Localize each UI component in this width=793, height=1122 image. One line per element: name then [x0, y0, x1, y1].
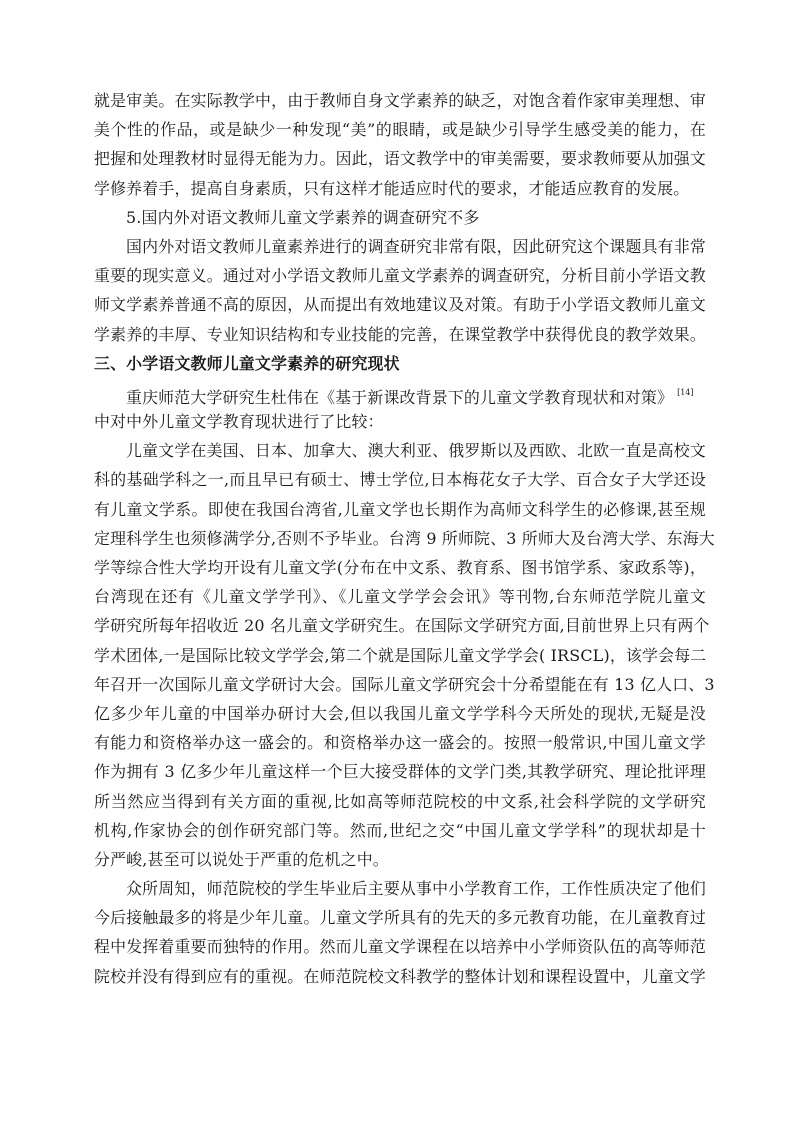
text-line: 师文学素养普通不高的原因，从而提出有效地建议及对策。有助于小学语文教师儿童文	[94, 290, 706, 319]
text-line: 作为拥有 3 亿多少年儿童这样一个巨大接受群体的文学门类,其教学研究、理论批评理	[94, 757, 706, 786]
text-line: 学研究所每年招收近 20 名儿童文学研究生。在国际文学研究方面,目前世界上只有两…	[94, 611, 706, 640]
text-line: 定理科学生也须修满学分,否则不予毕业。台湾 9 所师院、3 所师大及台湾大学、东…	[94, 524, 706, 553]
text-line: 分严峻,甚至可以说处于严重的危机之中。	[94, 845, 706, 874]
text-span: 重庆师范大学研究生杜伟在《基于新课改背景下的儿童文学教育现状和对策》	[126, 388, 673, 407]
text-line: 今后接触最多的将是少年儿童。儿童文学所具有的先天的多元教育功能，在儿童教育过	[94, 903, 706, 932]
subheading-5: 5.国内外对语文教师儿童文学素养的调查研究不多	[94, 203, 706, 232]
text-line: 学素养的丰厚、专业知识结构和专业技能的完善，在课堂教学中获得优良的教学效果。	[94, 320, 706, 349]
text-line: 重要的现实意义。通过对小学语文教师儿童文学素养的调查研究，分析目前小学语文教	[94, 261, 706, 290]
text-line: 学修养着手，提高自身素质，只有这样才能适应时代的要求，才能适应教育的发展。	[94, 174, 706, 203]
text-line: 程中发挥着重要而独特的作用。然而儿童文学课程在以培养中小学师资队伍的高等师范	[94, 932, 706, 961]
paragraph-international-comparison: 儿童文学在美国、日本、加拿大、澳大利亚、俄罗斯以及西欧、北欧一直是高校文 科的基…	[94, 436, 706, 874]
paragraph-research-scarcity: 国内外对语文教师儿童素养进行的调查研究非常有限，因此研究这个课题具有非常 重要的…	[94, 232, 706, 349]
text-line: 就是审美。在实际教学中，由于教师自身文学素养的缺乏，对饱含着作家审美理想、审	[94, 86, 706, 115]
text-line: 重庆师范大学研究生杜伟在《基于新课改背景下的儿童文学教育现状和对策》[14]	[94, 378, 706, 407]
text-line: 国内外对语文教师儿童素养进行的调查研究非常有限，因此研究这个课题具有非常	[94, 232, 706, 261]
paragraph-du-wei-citation: 重庆师范大学研究生杜伟在《基于新课改背景下的儿童文学教育现状和对策》[14] 中…	[94, 378, 706, 436]
text-line: 美个性的作品，或是缺少一种发现“美”的眼睛，或是缺少引导学生感受美的能力，在	[94, 115, 706, 144]
text-line: 院校并没有得到应有的重视。在师范院校文科教学的整体计划和课程设置中，儿童文学	[94, 962, 706, 991]
paragraph-aesthetic-need: 就是审美。在实际教学中，由于教师自身文学素养的缺乏，对饱含着作家审美理想、审 美…	[94, 86, 706, 203]
paragraph-normal-universities: 众所周知，师范院校的学生毕业后主要从事中小学教育工作，工作性质决定了他们 今后接…	[94, 874, 706, 991]
text-line: 众所周知，师范院校的学生毕业后主要从事中小学教育工作，工作性质决定了他们	[94, 874, 706, 903]
text-line: 有儿童文学系。即使在我国台湾省,儿童文学也长期作为高师文科学生的必修课,甚至规	[94, 495, 706, 524]
text-line: 中对中外儿童文学教育现状进行了比较：	[94, 407, 706, 436]
document-page: 就是审美。在实际教学中，由于教师自身文学素养的缺乏，对饱含着作家审美理想、审 美…	[94, 86, 706, 991]
citation-superscript: [14]	[677, 388, 693, 397]
text-line: 亿多少年儿童的中国举办研讨大会,但以我国儿童文学学科今天所处的现状,无疑是没	[94, 699, 706, 728]
section-heading-3: 三、小学语文教师儿童文学素养的研究现状	[94, 349, 706, 378]
text-line: 年召开一次国际儿童文学研讨大会。国际儿童文学研究会十分希望能在有 13 亿人口、…	[94, 670, 706, 699]
text-line: 学等综合性大学均开设有儿童文学(分布在中文系、教育系、图书馆学系、家政系等)，	[94, 553, 706, 582]
text-line: 科的基础学科之一,而且早已有硕士、博士学位,日本梅花女子大学、百合女子大学还设	[94, 465, 706, 494]
text-line: 把握和处理教材时显得无能为力。因此，语文教学中的审美需要，要求教师要从加强文	[94, 144, 706, 173]
text-line: 台湾现在还有《儿童文学学刊》、《儿童文学学会会讯》等刊物,台东师范学院儿童文	[94, 582, 706, 611]
text-line: 所当然应当得到有关方面的重视,比如高等师范院校的中文系,社会科学院的文学研究	[94, 787, 706, 816]
text-line: 学术团体,一是国际比较文学学会,第二个就是国际儿童文学学会( IRSCL)，该学…	[94, 641, 706, 670]
text-line: 有能力和资格举办这一盛会的。和资格举办这一盛会的。按照一般常识,中国儿童文学	[94, 728, 706, 757]
text-line: 机构,作家协会的创作研究部门等。然而,世纪之交“中国儿童文学学科”的现状却是十	[94, 816, 706, 845]
text-line: 儿童文学在美国、日本、加拿大、澳大利亚、俄罗斯以及西欧、北欧一直是高校文	[94, 436, 706, 465]
